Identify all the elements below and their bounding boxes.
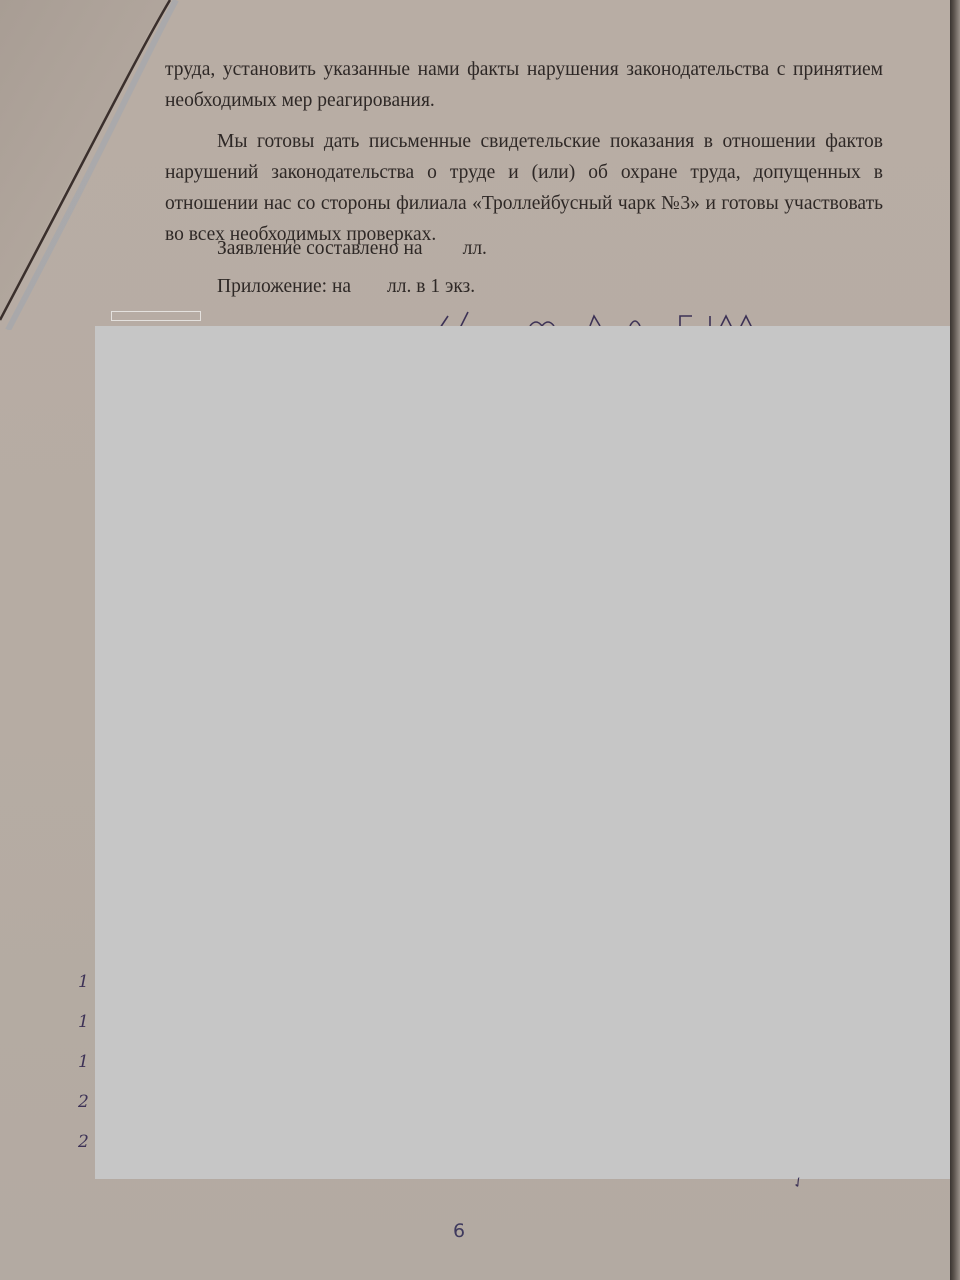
margin-handwritten-numbers: 1 1 1 2 2 xyxy=(78,962,98,1162)
margin-number: 1 xyxy=(78,1002,98,1042)
appendix-prefix: Приложение: на xyxy=(217,276,351,297)
statement-pages-suffix: лл. xyxy=(463,238,487,259)
paragraph-continuation: труда, установить указанные нами факты н… xyxy=(165,54,883,116)
margin-number: 2 xyxy=(78,1082,98,1122)
margin-number: 1 xyxy=(78,962,98,1002)
margin-number: 2 xyxy=(78,1122,98,1162)
appendix-line: Приложение: налл. в 1 экз. xyxy=(217,276,475,298)
binding-edge xyxy=(950,0,960,1280)
appendix-suffix: лл. в 1 экз. xyxy=(387,276,475,297)
page-number: 6 xyxy=(453,1220,465,1242)
margin-number: 1 xyxy=(78,1042,98,1082)
empty-placeholder-box xyxy=(111,311,201,321)
redacted-area xyxy=(95,326,950,1179)
statement-pages-prefix: Заявление составлено на xyxy=(217,238,423,259)
paragraph-testimony-text: Мы готовы дать письменные свидетельские … xyxy=(165,126,883,250)
paragraph-testimony: Мы готовы дать письменные свидетельские … xyxy=(165,126,883,250)
statement-pages-line: Заявление составлено налл. xyxy=(217,238,487,260)
